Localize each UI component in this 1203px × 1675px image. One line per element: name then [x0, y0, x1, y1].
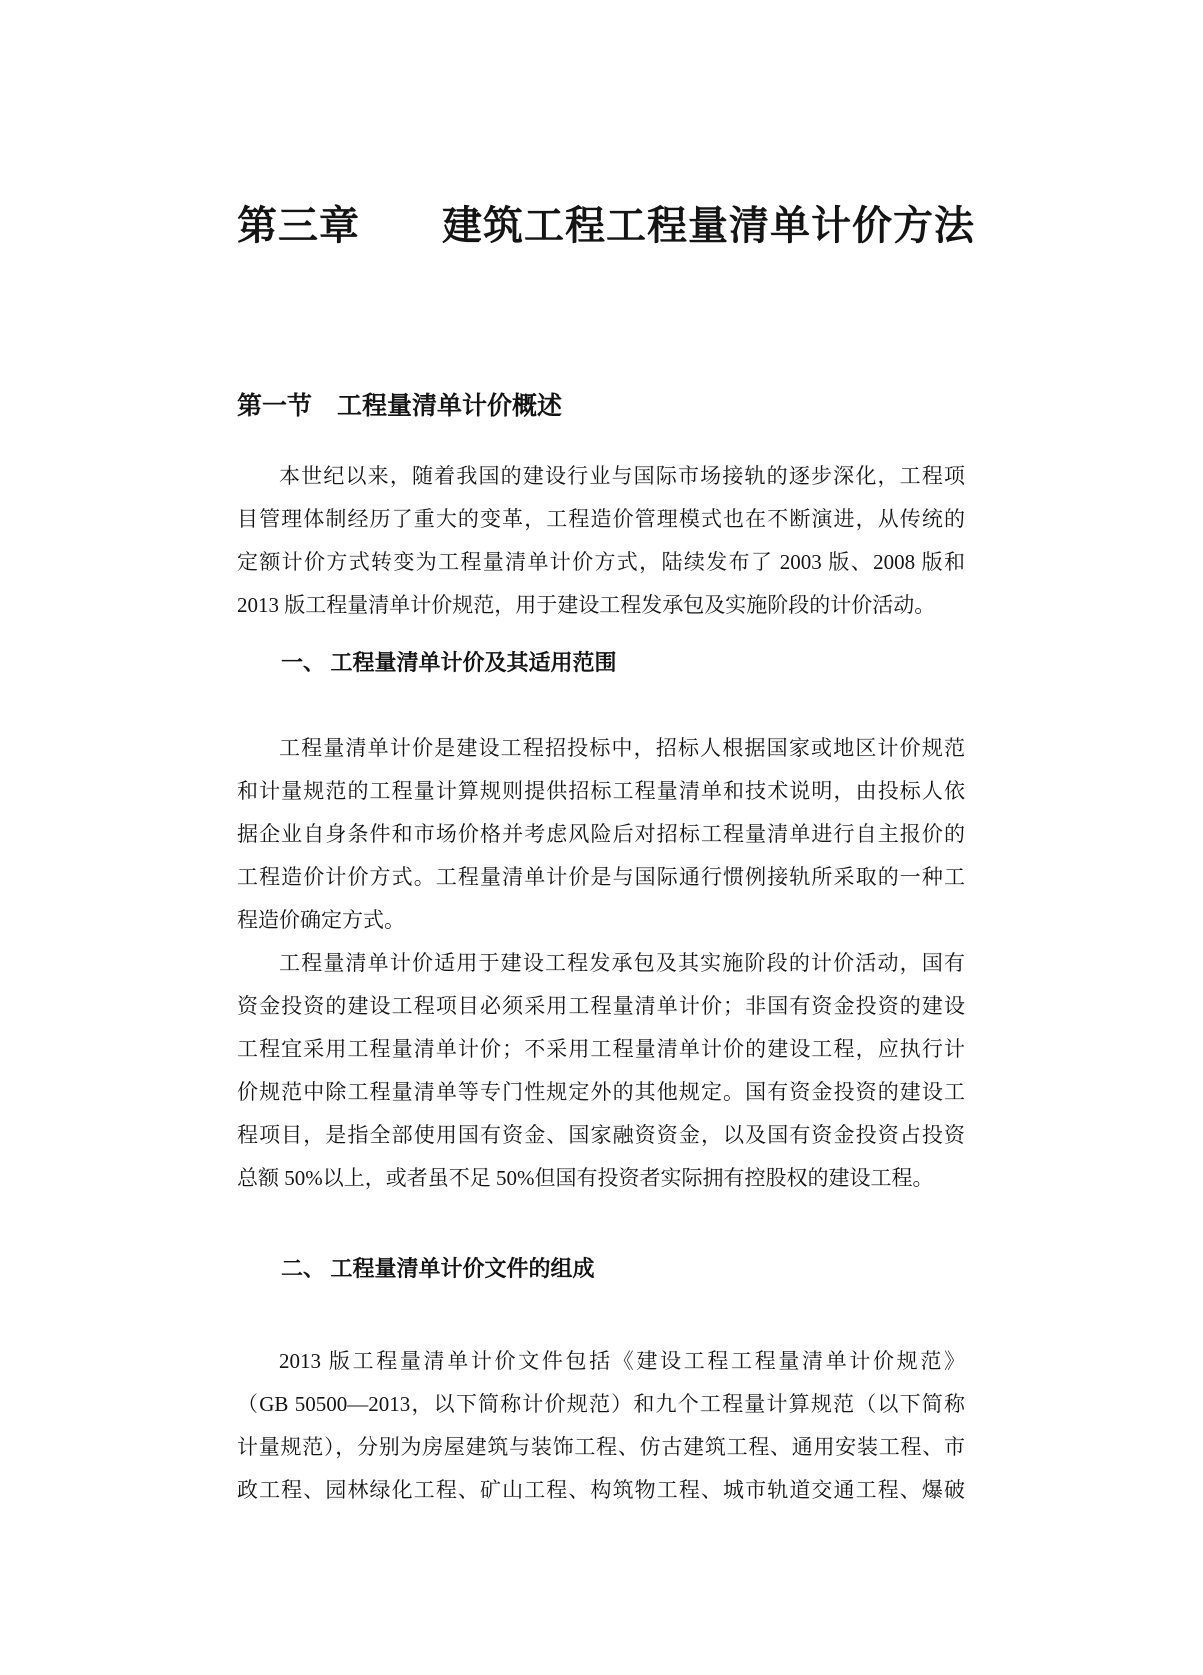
paragraph-line: 和计量规范的工程量计算规则提供招标工程量清单和技术说明，由投标人依: [237, 770, 965, 813]
subsection-heading-2: 二、 工程量清单计价文件的组成: [281, 1255, 965, 1283]
paragraph-line: 工程量清单计价是建设工程招投标中，招标人根据国家或地区计价规范: [237, 727, 965, 770]
paragraph-line: 工程造价计价方式。工程量清单计价是与国际通行惯例接轨所采取的一种工: [237, 856, 965, 899]
paragraph-line: 总额 50%以上，或者虽不足 50%但国有投资者实际拥有控股权的建设工程。: [237, 1157, 965, 1200]
paragraph-line: 程造价确定方式。: [237, 899, 965, 942]
paragraph-scope-1: 工程量清单计价是建设工程招投标中，招标人根据国家或地区计价规范 和计量规范的工程…: [237, 727, 965, 942]
paragraph-line: 本世纪以来，随着我国的建设行业与国际市场接轨的逐步深化，工程项: [237, 455, 965, 498]
paragraph-line: 资金投资的建设工程项目必须采用工程量清单计价；非国有资金投资的建设: [237, 985, 965, 1028]
paragraph-line: 程项目，是指全部使用国有资金、国家融资资金，以及国有资金投资占投资: [237, 1114, 965, 1157]
document-page: 第三章 建筑工程工程量清单计价方法 第一节 工程量清单计价概述 本世纪以来，随着…: [0, 0, 1203, 1675]
paragraph-line: 价规范中除工程量清单等专门性规定外的其他规定。国有资金投资的建设工: [237, 1071, 965, 1114]
paragraph-line: 2013 版工程量清单计价文件包括《建设工程工程量清单计价规范》: [237, 1340, 965, 1383]
paragraph-scope-2: 工程量清单计价适用于建设工程发承包及其实施阶段的计价活动，国有 资金投资的建设工…: [237, 942, 965, 1200]
paragraph-line: 据企业自身条件和市场价格并考虑风险后对招标工程量清单进行自主报价的: [237, 813, 965, 856]
paragraph-line: 工程宜采用工程量清单计价；不采用工程量清单计价的建设工程，应执行计: [237, 1028, 965, 1071]
paragraph-line: 政工程、园林绿化工程、矿山工程、构筑物工程、城市轨道交通工程、爆破: [237, 1469, 965, 1512]
paragraph-composition: 2013 版工程量清单计价文件包括《建设工程工程量清单计价规范》 （GB 505…: [237, 1340, 965, 1512]
paragraph-line: 2013 版工程量清单计价规范，用于建设工程发承包及实施阶段的计价活动。: [237, 584, 965, 627]
chapter-title: 第三章 建筑工程工程量清单计价方法: [237, 202, 965, 250]
paragraph-line: 定额计价方式转变为工程量清单计价方式，陆续发布了 2003 版、2008 版和: [237, 541, 965, 584]
paragraph-line: 工程量清单计价适用于建设工程发承包及其实施阶段的计价活动，国有: [237, 942, 965, 985]
paragraph-line: 目管理体制经历了重大的变革，工程造价管理模式也在不断演进，从传统的: [237, 498, 965, 541]
paragraph-intro: 本世纪以来，随着我国的建设行业与国际市场接轨的逐步深化，工程项 目管理体制经历了…: [237, 455, 965, 627]
paragraph-line: 计量规范），分别为房屋建筑与装饰工程、仿古建筑工程、通用安装工程、市: [237, 1426, 965, 1469]
section-heading: 第一节 工程量清单计价概述: [237, 392, 965, 422]
subsection-heading-1: 一、 工程量清单计价及其适用范围: [281, 649, 965, 677]
paragraph-line: （GB 50500—2013，以下简称计价规范）和九个工程量计算规范（以下简称: [237, 1383, 965, 1426]
